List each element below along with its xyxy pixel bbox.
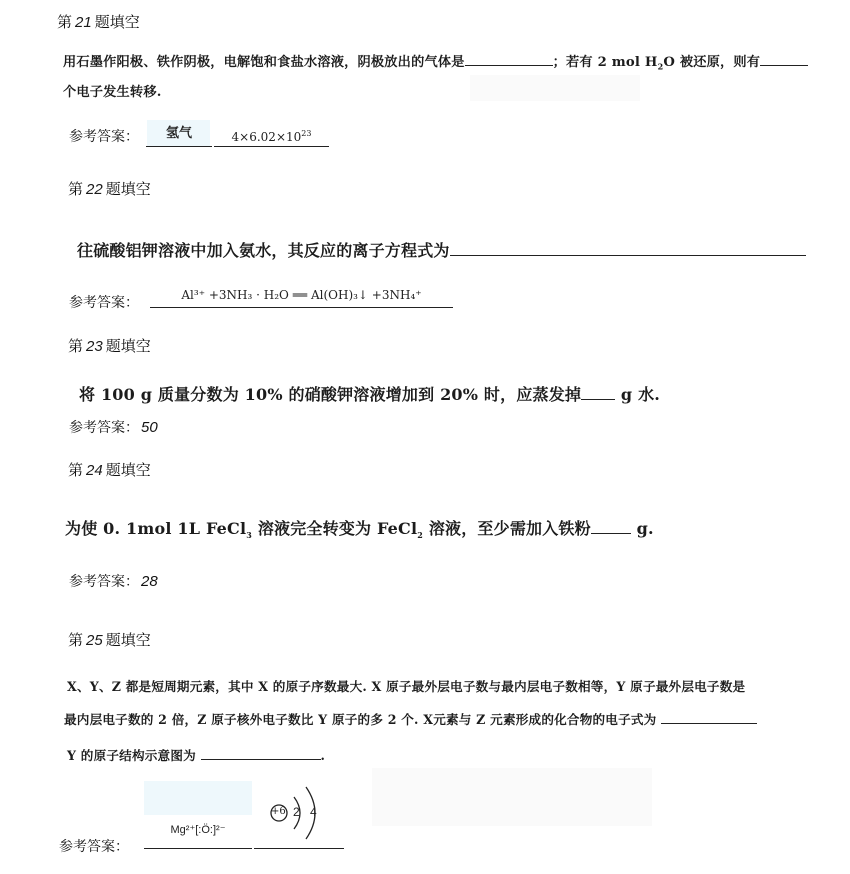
- answer-21-box-1: 氢气: [146, 122, 212, 147]
- answer-value: Al³⁺ +3NH₃ · H₂O ══ Al(OH)₃↓ +3NH₄⁺: [181, 288, 421, 302]
- question-number: 22: [86, 181, 103, 198]
- question-22-text: 往硫酸铝钾溶液中加入氨水，其反应的离子方程式为: [77, 238, 806, 261]
- scan-artifact: [372, 768, 652, 826]
- answer-label: 参考答案：: [69, 126, 139, 146]
- question-21-title: 第21题填空: [57, 11, 140, 32]
- title-prefix: 第: [68, 631, 83, 649]
- answer-value: Mg²⁺[:Ö:]²⁻: [171, 824, 226, 836]
- title-suffix: 题填空: [106, 631, 151, 649]
- answer-blank: [591, 532, 631, 534]
- question-number: 21: [75, 14, 92, 31]
- answer-blank: [450, 254, 806, 256]
- answer-label: 参考答案：: [69, 574, 139, 590]
- question-25-title: 第25题填空: [68, 629, 151, 650]
- answer-blank: [201, 758, 321, 760]
- question-text: 为使 0. 1mol 1L FeCl: [65, 519, 246, 538]
- answer-23: 参考答案：50: [69, 417, 158, 437]
- shell-electrons: 2: [293, 805, 300, 819]
- answer-blank: [760, 64, 808, 66]
- question-23-title: 第23题填空: [68, 335, 151, 356]
- question-text: 将 100 g 质量分数为 10% 的硝酸钾溶液增加到 20% 时，应蒸发掉: [79, 385, 581, 404]
- answer-blank: [661, 722, 757, 724]
- question-24-text: 为使 0. 1mol 1L FeCl3 溶液完全转变为 FeCl2 溶液，至少需…: [65, 516, 654, 540]
- question-text: 溶液完全转变为 FeCl: [252, 519, 417, 538]
- title-suffix: 题填空: [106, 461, 151, 479]
- question-text: ；若有 2 mol H: [553, 55, 658, 70]
- question-text: 最内层电子数的 2 倍，Z 原子核外电子数比 Y 原子的多 2 个. X元素与 …: [64, 712, 656, 727]
- title-prefix: 第: [57, 13, 72, 31]
- question-21-text-line1: 用石墨作阳极、铁作阴极，电解饱和食盐水溶液，阴极放出的气体是；若有 2 mol …: [63, 51, 808, 72]
- question-text: 溶液，至少需加入铁粉: [423, 519, 591, 538]
- answer-21-box-2: 4×6.02×1023: [214, 122, 329, 147]
- question-23-text: 将 100 g 质量分数为 10% 的硝酸钾溶液增加到 20% 时，应蒸发掉 g…: [79, 382, 660, 405]
- answer-label: 参考答案：: [59, 836, 129, 856]
- question-number: 25: [86, 632, 103, 649]
- answer-value: 28: [141, 573, 158, 590]
- scan-artifact: [470, 75, 640, 101]
- title-prefix: 第: [68, 461, 83, 479]
- answer-label: 参考答案：: [69, 292, 139, 312]
- answer-blank: [581, 398, 615, 400]
- superscript: 23: [301, 129, 311, 138]
- shell-electrons: 4: [310, 805, 317, 819]
- answer-highlight: [144, 781, 252, 815]
- question-25-text-line2: 最内层电子数的 2 倍，Z 原子核外电子数比 Y 原子的多 2 个. X元素与 …: [64, 709, 757, 728]
- answer-label: 参考答案：: [69, 420, 139, 436]
- question-number: 23: [86, 338, 103, 355]
- question-text: .: [321, 748, 326, 763]
- answer-blank: [465, 64, 553, 66]
- answer-value: 氢气: [166, 126, 192, 141]
- question-22-title: 第22题填空: [68, 178, 151, 199]
- question-text: O 被还原，则有: [663, 55, 760, 70]
- nucleus-charge: +6: [271, 806, 286, 818]
- question-21-text-line2: 个电子发生转移.: [63, 81, 162, 100]
- question-24-title: 第24题填空: [68, 459, 151, 480]
- answer-24: 参考答案：28: [69, 571, 158, 591]
- title-prefix: 第: [68, 337, 83, 355]
- question-25-text-line3: Y 的原子结构示意图为 .: [67, 745, 325, 764]
- title-suffix: 题填空: [95, 13, 140, 31]
- title-prefix: 第: [68, 180, 83, 198]
- question-25-text-line1: X、Y、Z 都是短周期元素，其中 X 的原子序数最大. X 原子最外层电子数与最…: [67, 676, 745, 695]
- question-text: 用石墨作阳极、铁作阴极，电解饱和食盐水溶液，阴极放出的气体是: [63, 55, 465, 70]
- question-text: 往硫酸铝钾溶液中加入氨水，其反应的离子方程式为: [77, 241, 450, 260]
- question-text: Y 的原子结构示意图为: [67, 748, 196, 763]
- title-suffix: 题填空: [106, 180, 151, 198]
- answer-25-atomic-structure: +6 2 4: [254, 781, 344, 849]
- answer-value: 4×6.02×10: [232, 130, 302, 144]
- question-text: g 水.: [621, 385, 660, 404]
- question-number: 24: [86, 462, 103, 479]
- question-text: g.: [637, 519, 654, 538]
- answer-25-electron-formula: Mg²⁺[:Ö:]²⁻: [144, 815, 252, 849]
- answer-value: 50: [141, 419, 158, 436]
- answer-22-box: Al³⁺ +3NH₃ · H₂O ══ Al(OH)₃↓ +3NH₄⁺: [150, 285, 453, 308]
- title-suffix: 题填空: [106, 337, 151, 355]
